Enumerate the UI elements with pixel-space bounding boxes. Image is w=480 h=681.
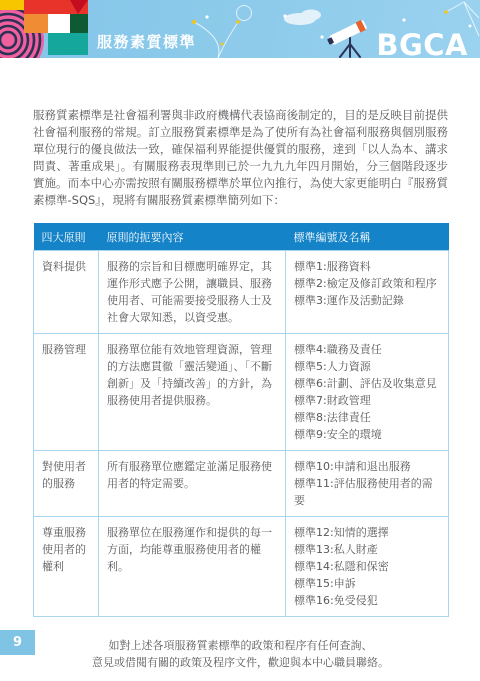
standard-item: 標準9:安全的環境 <box>294 426 442 443</box>
principle-cell: 服務管理 <box>34 334 99 451</box>
footer-note-line1: 如對上述各項服務質素標準的政策和程序有任何查詢、 <box>33 637 448 654</box>
standard-item: 標準15:申訴 <box>294 575 442 592</box>
intro-paragraph: 服務質素標準是社會福利署與非政府機構代表協商後制定的，目的是反映目前提供社會福利… <box>33 107 448 209</box>
main-content: 服務質素標準是社會福利署與非政府機構代表協商後制定的，目的是反映目前提供社會福利… <box>0 58 480 671</box>
table-row: 服務管理服務單位能有效地管理資源，管理的方法應貫徹「靈活變通」、「不斷創新」及「… <box>34 334 449 451</box>
standard-item: 標準10:申請和退出服務 <box>294 458 442 475</box>
standard-item: 標準7:財政管理 <box>294 392 442 409</box>
standard-item: 標準6:計劃、評估及收集意見 <box>294 375 442 392</box>
principle-cell: 對使用者的服務 <box>34 451 99 517</box>
description-cell: 服務單位能有效地管理資源，管理的方法應貫徹「靈活變通」、「不斷創新」及「持續改善… <box>99 334 286 451</box>
standard-item: 標準5:人力資源 <box>294 358 442 375</box>
standards-cell: 標準10:申請和退出服務標準11:評估服務使用者的需要 <box>286 451 449 517</box>
column-header-standard-names: 標準編號及名稱 <box>286 223 449 251</box>
standard-item: 標準1:服務資料 <box>294 258 442 275</box>
footer-note-line2: 意見或借閱有關的政策及程序文件，歡迎與本中心職員聯絡。 <box>33 654 448 671</box>
table-row: 資料提供服務的宗旨和目標應明確界定，其運作形式應予公開，讓職員、服務使用者、可能… <box>34 251 449 334</box>
table-header-row: 四大原則 原則的扼要內容 標準編號及名稱 <box>34 223 449 251</box>
standard-item: 標準16:免受侵犯 <box>294 592 442 609</box>
standard-item: 標準11:評估服務使用者的需要 <box>294 475 442 509</box>
standards-table: 四大原則 原則的扼要內容 標準編號及名稱 資料提供服務的宗旨和目標應明確界定，其… <box>33 223 449 617</box>
principle-cell: 尊重服務使用者的權利 <box>34 517 99 617</box>
standard-item: 標準12:知情的選擇 <box>294 524 442 541</box>
table-row: 對使用者的服務所有服務單位應鑑定並滿足服務使用者的特定需要。標準10:申請和退出… <box>34 451 449 517</box>
description-cell: 服務單位在服務運作和提供的每一方面，均能尊重服務使用者的權利。 <box>99 517 286 617</box>
standards-cell: 標準1:服務資料標準2:檢定及修訂政策和程序標準3:運作及活動記錄 <box>286 251 449 334</box>
standard-item: 標準14:私隱和保密 <box>294 558 442 575</box>
column-header-summary: 原則的扼要內容 <box>99 223 286 251</box>
standard-item: 標準8:法律責任 <box>294 409 442 426</box>
telescope-icon <box>326 19 368 57</box>
standard-item: 標準13:私人財產 <box>294 541 442 558</box>
standards-cell: 標準4:職務及責任標準5:人力資源標準6:計劃、評估及收集意見標準7:財政管理標… <box>286 334 449 451</box>
description-cell: 所有服務單位應鑑定並滿足服務使用者的特定需要。 <box>99 451 286 517</box>
column-header-principles: 四大原則 <box>34 223 99 251</box>
standard-item: 標準2:檢定及修訂政策和程序 <box>294 275 442 292</box>
description-cell: 服務的宗旨和目標應明確界定，其運作形式應予公開，讓職員、服務使用者、可能需要接受… <box>99 251 286 334</box>
bgca-logo: BGCA <box>376 28 468 58</box>
footer-note: 如對上述各項服務質素標準的政策和程序有任何查詢、 意見或借閱有關的政策及程序文件… <box>33 637 448 671</box>
standard-item: 標準4:職務及責任 <box>294 341 442 358</box>
page-title: 服務素質標準 <box>97 31 196 52</box>
principle-cell: 資料提供 <box>34 251 99 334</box>
standards-cell: 標準12:知情的選擇標準13:私人財產標準14:私隱和保密標準15:申訴標準16… <box>286 517 449 617</box>
cloud-icon <box>284 10 321 26</box>
table-row: 尊重服務使用者的權利服務單位在服務運作和提供的每一方面，均能尊重服務使用者的權利… <box>34 517 449 617</box>
standards-table-body: 資料提供服務的宗旨和目標應明確界定，其運作形式應予公開，讓職員、服務使用者、可能… <box>34 251 449 617</box>
page-number-badge: 9 <box>0 630 35 655</box>
standard-item: 標準3:運作及活動記錄 <box>294 292 442 309</box>
document-page: 服務素質標準 BGCA 服務質素標準是社會福利署與非政府機構代表協商後制定的，目… <box>0 0 480 681</box>
header-banner: 服務素質標準 BGCA <box>0 0 480 58</box>
